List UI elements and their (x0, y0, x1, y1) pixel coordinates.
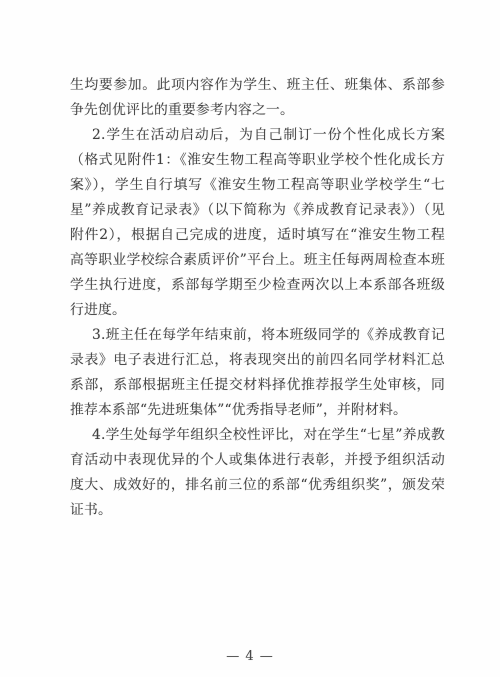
text-line: 星”养成教育记录表》（以下简称为《养成教育记录表》）（见 (70, 198, 445, 223)
document-viewport: 生均要参加。此项内容作为学生、班主任、班集体、系部参与 争先创优评比的重要参考内… (0, 0, 500, 677)
text-line: 4.学生处每学年组织全校性评比，对在学生“七星”养成教 (70, 423, 445, 448)
document-page: 生均要参加。此项内容作为学生、班主任、班集体、系部参与 争先创优评比的重要参考内… (0, 0, 500, 677)
body-text: 生均要参加。此项内容作为学生、班主任、班集体、系部参与 争先创优评比的重要参考内… (70, 73, 445, 523)
text-line: 争先创优评比的重要参考内容之一。 (70, 98, 445, 123)
text-line: 学生执行进度，系部每学期至少检查两次以上本系部各班级执 (70, 273, 445, 298)
text-line: 3.班主任在每学年结束前，将本班级同学的《养成教育记 (70, 323, 445, 348)
text-line: 生均要参加。此项内容作为学生、班主任、班集体、系部参与 (70, 73, 445, 98)
text-line: 录表》电子表进行汇总，将表现突出的前四名同学材料汇总报 (70, 348, 445, 373)
text-line: 2.学生在活动启动后，为自己制订一份个性化成长方案 (70, 123, 445, 148)
text-line: 育活动中表现优异的个人或集体进行表彰，并授予组织活动力 (70, 448, 445, 473)
text-line: 推荐本系部“先进班集体”“优秀指导老师”，并附材料。 (70, 398, 445, 423)
text-line: （格式见附件1：《淮安生物工程高等职业学校个性化成长方 (70, 148, 445, 173)
text-line: 行进度。 (70, 298, 445, 323)
text-line: 高等职业学校综合素质评价”平台上。班主任每两周检查本班 (70, 248, 445, 273)
text-line: 度大、成效好的，排名前三位的系部“优秀组织奖”，颁发荣誉 (70, 473, 445, 498)
text-line: 附件2），根据自己完成的进度，适时填写在“淮安生物工程 (70, 223, 445, 248)
text-line: 证书。 (70, 498, 445, 523)
text-line: 案》），学生自行填写《淮安生物工程高等职业学校学生“七 (70, 173, 445, 198)
text-line: 系部，系部根据班主任提交材料择优推荐报学生处审核，同时 (70, 373, 445, 398)
page-number: — 4 — (0, 648, 500, 666)
